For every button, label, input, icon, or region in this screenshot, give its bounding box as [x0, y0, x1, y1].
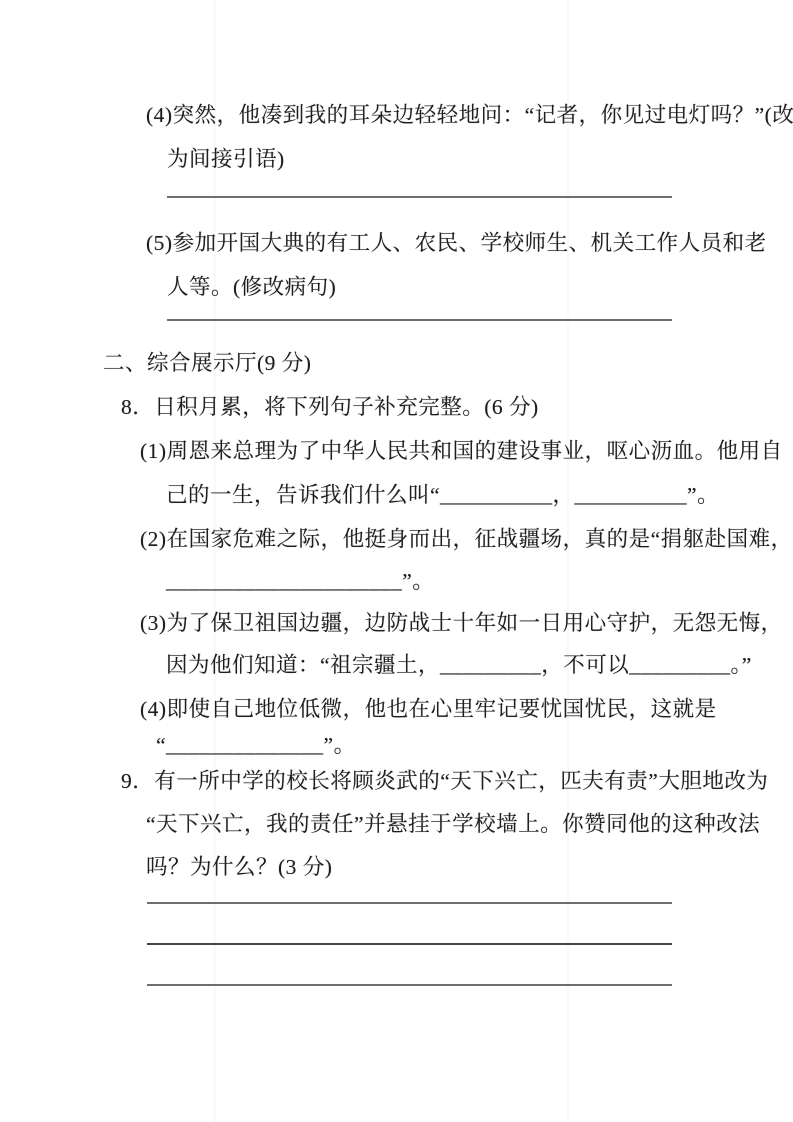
answer-line-q9-1 — [147, 902, 672, 904]
item-4-line-1: (4)突然，他凑到我的耳朵边轻轻地问：“记者，你见过电灯吗？”(改 — [146, 100, 793, 130]
worksheet-page: (4)突然，他凑到我的耳朵边轻轻地问：“记者，你见过电灯吗？”(改 为间接引语)… — [0, 0, 793, 1122]
answer-line-q9-2 — [147, 943, 672, 945]
q8-sub3-line-1: (3)为了保卫祖国边疆，边防战士十年如一日用心守护，无怨无悔， — [140, 608, 783, 638]
item-5-line-2: 人等。(修改病句) — [167, 272, 336, 302]
scan-artifact-line — [567, 0, 569, 1122]
q8-sub3-line-2: 因为他们知道：“祖宗疆土，_________，不可以_________。” — [166, 650, 752, 680]
section-two-heading: 二、综合展示厅(9 分) — [103, 348, 311, 378]
q8-sub4-line-1: (4)即使自己地位低微，他也在心里牢记要忧国忧民，这就是 — [140, 694, 717, 724]
question-9-line-3: 吗？为什么？(3 分) — [146, 852, 332, 882]
q8-sub1-line-1: (1)周恩来总理为了中华人民共和国的建设事业，呕心沥血。他用自 — [140, 436, 783, 466]
item-4-line-2: 为间接引语) — [167, 144, 285, 174]
q8-sub1-line-2: 己的一生，告诉我们什么叫“__________，__________”。 — [166, 480, 719, 510]
q8-sub2-line-1: (2)在国家危难之际，他挺身而出，征战疆场，真的是“捐躯赴国难， — [140, 524, 793, 554]
question-9-line-1: 9．有一所中学的校长将顾炎武的“天下兴亡，匹夫有责”大胆地改为 — [121, 766, 768, 796]
item-5-line-1: (5)参加开国大典的有工人、农民、学校师生、机关工作人员和老 — [146, 228, 767, 258]
question-8-heading: 8．日积月累，将下列句子补充完整。(6 分) — [121, 392, 539, 422]
answer-line-item5 — [167, 319, 672, 321]
answer-line-item4 — [167, 196, 672, 198]
answer-line-q9-3 — [147, 984, 672, 986]
question-9-line-2: “天下兴亡，我的责任”并悬挂于学校墙上。你赞同他的这种改法 — [146, 809, 760, 839]
q8-sub4-line-2: “______________”。 — [156, 730, 356, 760]
q8-sub2-line-2: _____________________”。 — [166, 566, 434, 596]
